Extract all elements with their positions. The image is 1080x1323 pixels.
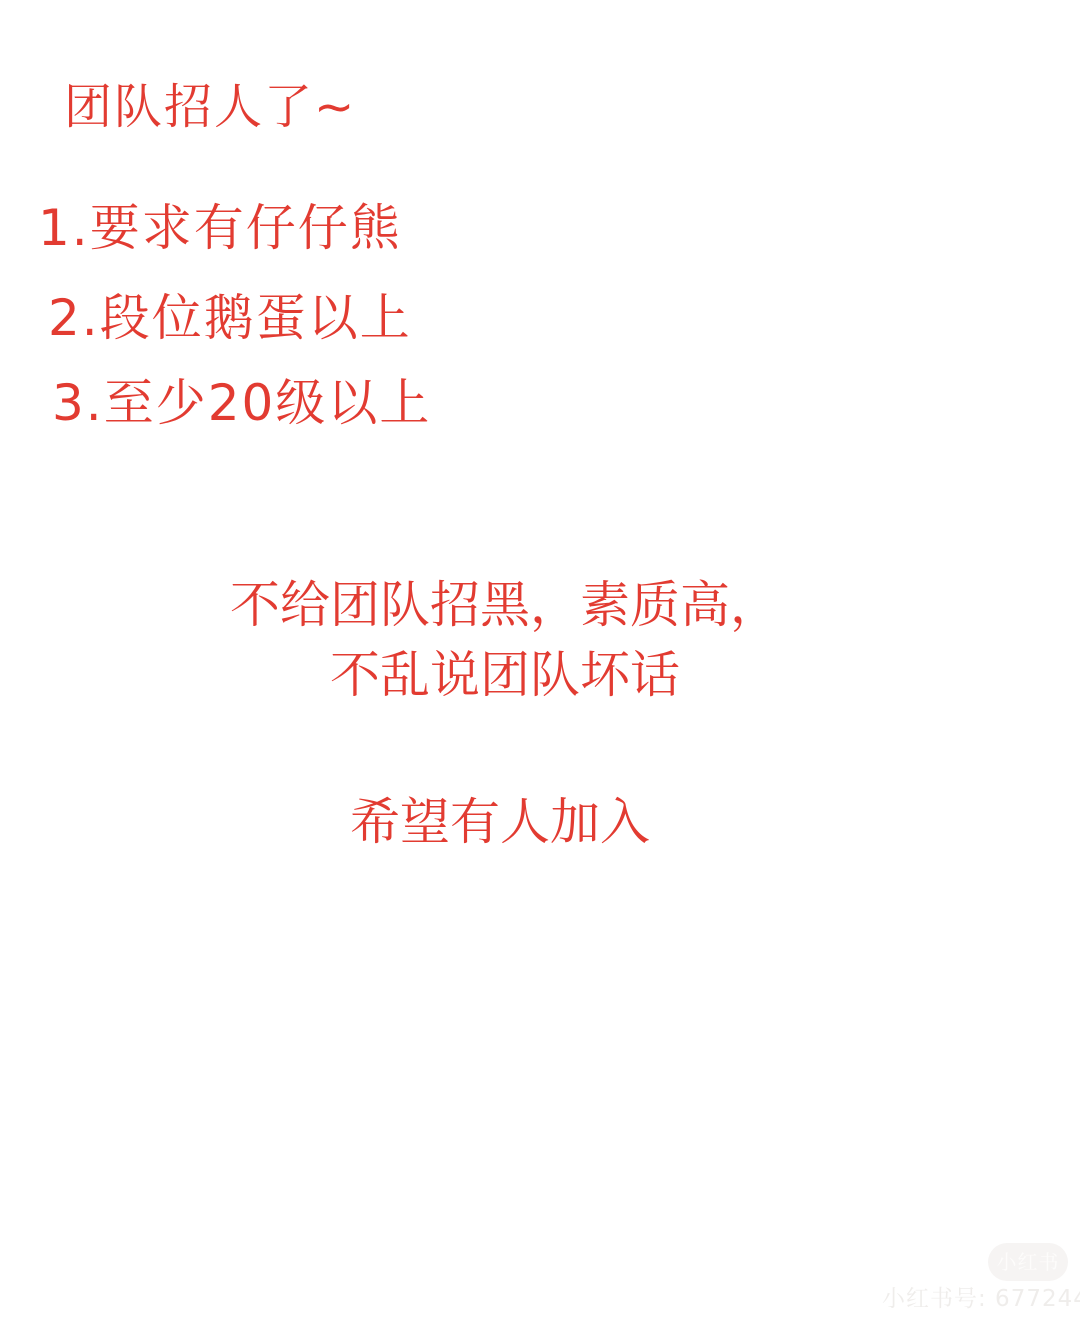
requirement-item-1: 1.要求有仔仔熊 bbox=[38, 188, 402, 260]
requirement-item-3: 3.至少20级以上 bbox=[52, 363, 431, 435]
xiaohongshu-id-watermark: 小红书号: 677244825 bbox=[882, 1280, 1080, 1313]
notes-block: 不给团队招黑，素质高， 不乱说团队坏话 bbox=[0, 570, 1010, 710]
notes-line-1: 不给团队招黑，素质高， bbox=[0, 570, 1010, 640]
requirement-item-2: 2.段位鹅蛋以上 bbox=[48, 278, 412, 350]
notes-line-2: 不乱说团队坏话 bbox=[0, 640, 1010, 710]
poster-title: 团队招人了~ bbox=[64, 68, 356, 137]
closing-line: 希望有人加入 bbox=[0, 782, 1000, 854]
xiaohongshu-logo-watermark: 小红书 bbox=[988, 1243, 1068, 1281]
